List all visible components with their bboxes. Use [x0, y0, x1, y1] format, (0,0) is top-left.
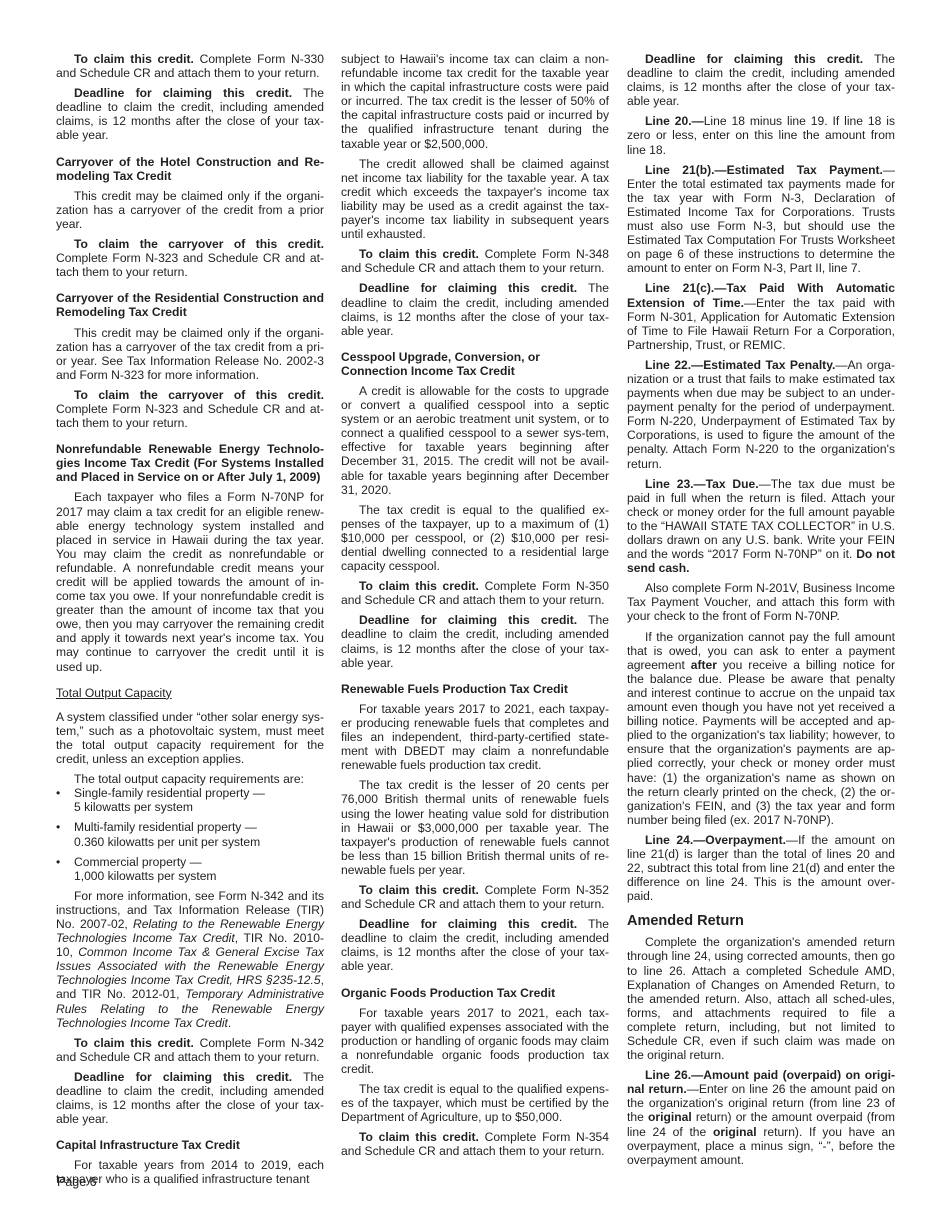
body-text: —Enter the total estimated tax payments … [627, 163, 895, 276]
bullet-icon: • [56, 786, 60, 800]
list-item-label: Commercial property — [74, 855, 324, 869]
lead-text: Deadline for claiming this credit. [74, 86, 292, 100]
paragraph-claim-n348: To claim this credit. Complete Form N-34… [341, 247, 609, 275]
paragraph-organic-foods: For taxable years 2017 to 2021, each tax… [341, 1006, 609, 1076]
heading-residential-construction: Carryover of the Residential Constructio… [56, 291, 324, 319]
paragraph-claim-carryover: To claim the carryover of this credit. C… [56, 237, 324, 279]
page-number: Page 6 [57, 1175, 97, 1189]
paragraph-renewable-fuels: For taxable years 2017 to 2021, each tax… [341, 702, 609, 772]
column-1: To claim this credit. Complete Form N-33… [56, 52, 324, 1193]
paragraph-deadline-4: Deadline for claiming this credit. The d… [341, 613, 609, 669]
paragraph-line-24: Line 24.—Overpayment.—If the amount on l… [627, 833, 895, 903]
paragraph-form-n201v: Also complete Form N-201V, Business Inco… [627, 581, 895, 623]
paragraph-deadline-5: Deadline for claiming this credit. The d… [341, 917, 609, 973]
list-item-label: Multi-family residential property — [74, 820, 324, 834]
lead-text: Deadline for claiming this credit. [359, 281, 577, 295]
lead-text: To claim this credit. [359, 247, 479, 261]
list-item-value: 0.360 kilowatts per unit per system [74, 835, 324, 849]
lead-text: To claim this credit. [74, 1036, 194, 1050]
lead-text: Line 24.—Overpayment. [645, 833, 786, 847]
paragraph-line-23: Line 23.—Tax Due.—The tax due must be pa… [627, 477, 895, 576]
paragraph-deadline-6: Deadline for claiming this credit. The d… [627, 52, 895, 108]
list-item: •Single-family residential property —5 k… [56, 786, 324, 814]
body-text: Complete Form N-323 and Schedule CR and … [56, 251, 324, 279]
lead-text: To claim this credit. [359, 1130, 479, 1144]
lead-text: To claim the carryover of this credit. [74, 388, 324, 402]
paragraph-claim-n330: To claim this credit. Complete Form N-33… [56, 52, 324, 80]
lead-text: Line 23.—Tax Due. [645, 477, 759, 491]
paragraph-capital-infrastructure-cont: subject to Hawaii's income tax can claim… [341, 52, 609, 151]
paragraph-organic-foods-amount: The tax credit is equal to the qualified… [341, 1082, 609, 1124]
paragraph-claim-n352: To claim this credit. Complete Form N-35… [341, 883, 609, 911]
paragraph-claim-n342: To claim this credit. Complete Form N-34… [56, 1036, 324, 1064]
list-item: •Commercial property —1,000 kilowatts pe… [56, 855, 324, 883]
paragraph-residential-carryover: This credit may be claimed only if the o… [56, 326, 324, 382]
column-3: Deadline for claiming this credit. The d… [627, 52, 895, 1173]
paragraph-claim-n350: To claim this credit. Complete Form N-35… [341, 579, 609, 607]
list-item-label: Single-family residential property — [74, 786, 324, 800]
reference-title: Common Income Tax & General Excise Tax I… [56, 945, 324, 987]
paragraph-claim-carryover-2: To claim the carryover of this credit. C… [56, 388, 324, 430]
list-item-value: 5 kilowatts per system [74, 800, 324, 814]
paragraph-credit-allowed: The credit allowed shall be claimed agai… [341, 157, 609, 242]
paragraph-deadline-3: Deadline for claiming this credit. The d… [341, 281, 609, 337]
heading-cesspool: Cesspool Upgrade, Conversion, or Connect… [341, 350, 609, 378]
body-text: . [228, 1016, 231, 1030]
emphasis-text: after [691, 658, 717, 672]
lead-text: Deadline for claiming this credit. [359, 917, 577, 931]
paragraph-line-22: Line 22.—Estimated Tax Penalty.—An orga-… [627, 358, 895, 471]
paragraph-hotel-carryover: This credit may be claimed only if the o… [56, 189, 324, 231]
paragraph-line-26: Line 26.—Amount paid (overpaid) on origi… [627, 1068, 895, 1167]
paragraph-line-21c: Line 21(c).—Tax Paid With Automatic Exte… [627, 281, 895, 351]
heading-renewable-energy: Nonrefundable Renewable Energy Technolo-… [56, 442, 324, 484]
list-item-value: 1,000 kilowatts per system [74, 869, 324, 883]
body-text: you receive a billing notice for the bal… [627, 658, 895, 827]
paragraph-amended-return: Complete the organization's amended retu… [627, 935, 895, 1062]
bullet-icon: • [56, 820, 60, 834]
paragraph-payment-agreement: If the organization cannot pay the full … [627, 630, 895, 827]
paragraph-capacity-intro: The total output capacity requirements a… [56, 772, 324, 786]
lead-text: Deadline for claiming this credit. [645, 52, 863, 66]
bullet-icon: • [56, 855, 60, 869]
heading-renewable-fuels: Renewable Fuels Production Tax Credit [341, 682, 609, 696]
lead-text: To claim this credit. [74, 52, 194, 66]
paragraph-more-information: For more information, see Form N-342 and… [56, 889, 324, 1030]
paragraph-line-20: Line 20.—Line 18 minus line 19. If line … [627, 114, 895, 156]
lead-text: To claim this credit. [359, 883, 479, 897]
lead-text: Line 21(b).—Estimated Tax Payment. [645, 163, 883, 177]
paragraph-solar-system: A system classified under “other solar e… [56, 710, 324, 766]
body-text: —An orga-nization or a trust that fails … [627, 358, 895, 471]
subheading-total-output-capacity: Total Output Capacity [56, 686, 324, 700]
lead-text: Line 20.— [645, 114, 704, 128]
lead-text: Deadline for claiming this credit. [359, 613, 577, 627]
heading-capital-infrastructure: Capital Infrastructure Tax Credit [56, 1138, 324, 1152]
lead-text: To claim the carryover of this credit. [74, 237, 324, 251]
list-item: •Multi-family residential property —0.36… [56, 820, 324, 848]
emphasis-text: original [648, 1110, 692, 1124]
lead-text: Deadline for claiming this credit. [74, 1070, 292, 1084]
paragraph-renewable-fuels-amount: The tax credit is the lesser of 20 cents… [341, 778, 609, 877]
body-text: Complete Form N-323 and Schedule CR and … [56, 402, 324, 430]
paragraph-cesspool-amount: The tax credit is equal to the qualified… [341, 503, 609, 573]
heading-organic-foods: Organic Foods Production Tax Credit [341, 986, 609, 1000]
paragraph-deadline-2: Deadline for claiming this credit. The d… [56, 1070, 324, 1126]
column-2: subject to Hawaii's income tax can claim… [341, 52, 609, 1165]
paragraph-line-21b: Line 21(b).—Estimated Tax Payment.—Enter… [627, 163, 895, 276]
paragraph-renewable-energy: Each taxpayer who files a Form N-70NP fo… [56, 490, 324, 673]
lead-text: To claim this credit. [359, 579, 479, 593]
heading-hotel-construction: Carryover of the Hotel Construction and … [56, 155, 324, 183]
paragraph-claim-n354: To claim this credit. Complete Form N-35… [341, 1130, 609, 1158]
lead-text: Line 22.—Estimated Tax Penalty. [645, 358, 835, 372]
emphasis-text: original [713, 1125, 757, 1139]
paragraph-cesspool-allowable: A credit is allowable for the costs to u… [341, 384, 609, 497]
heading-amended-return: Amended Return [627, 913, 895, 929]
paragraph-deadline: Deadline for claiming this credit. The d… [56, 86, 324, 142]
capacity-requirements-list: •Single-family residential property —5 k… [56, 786, 324, 883]
